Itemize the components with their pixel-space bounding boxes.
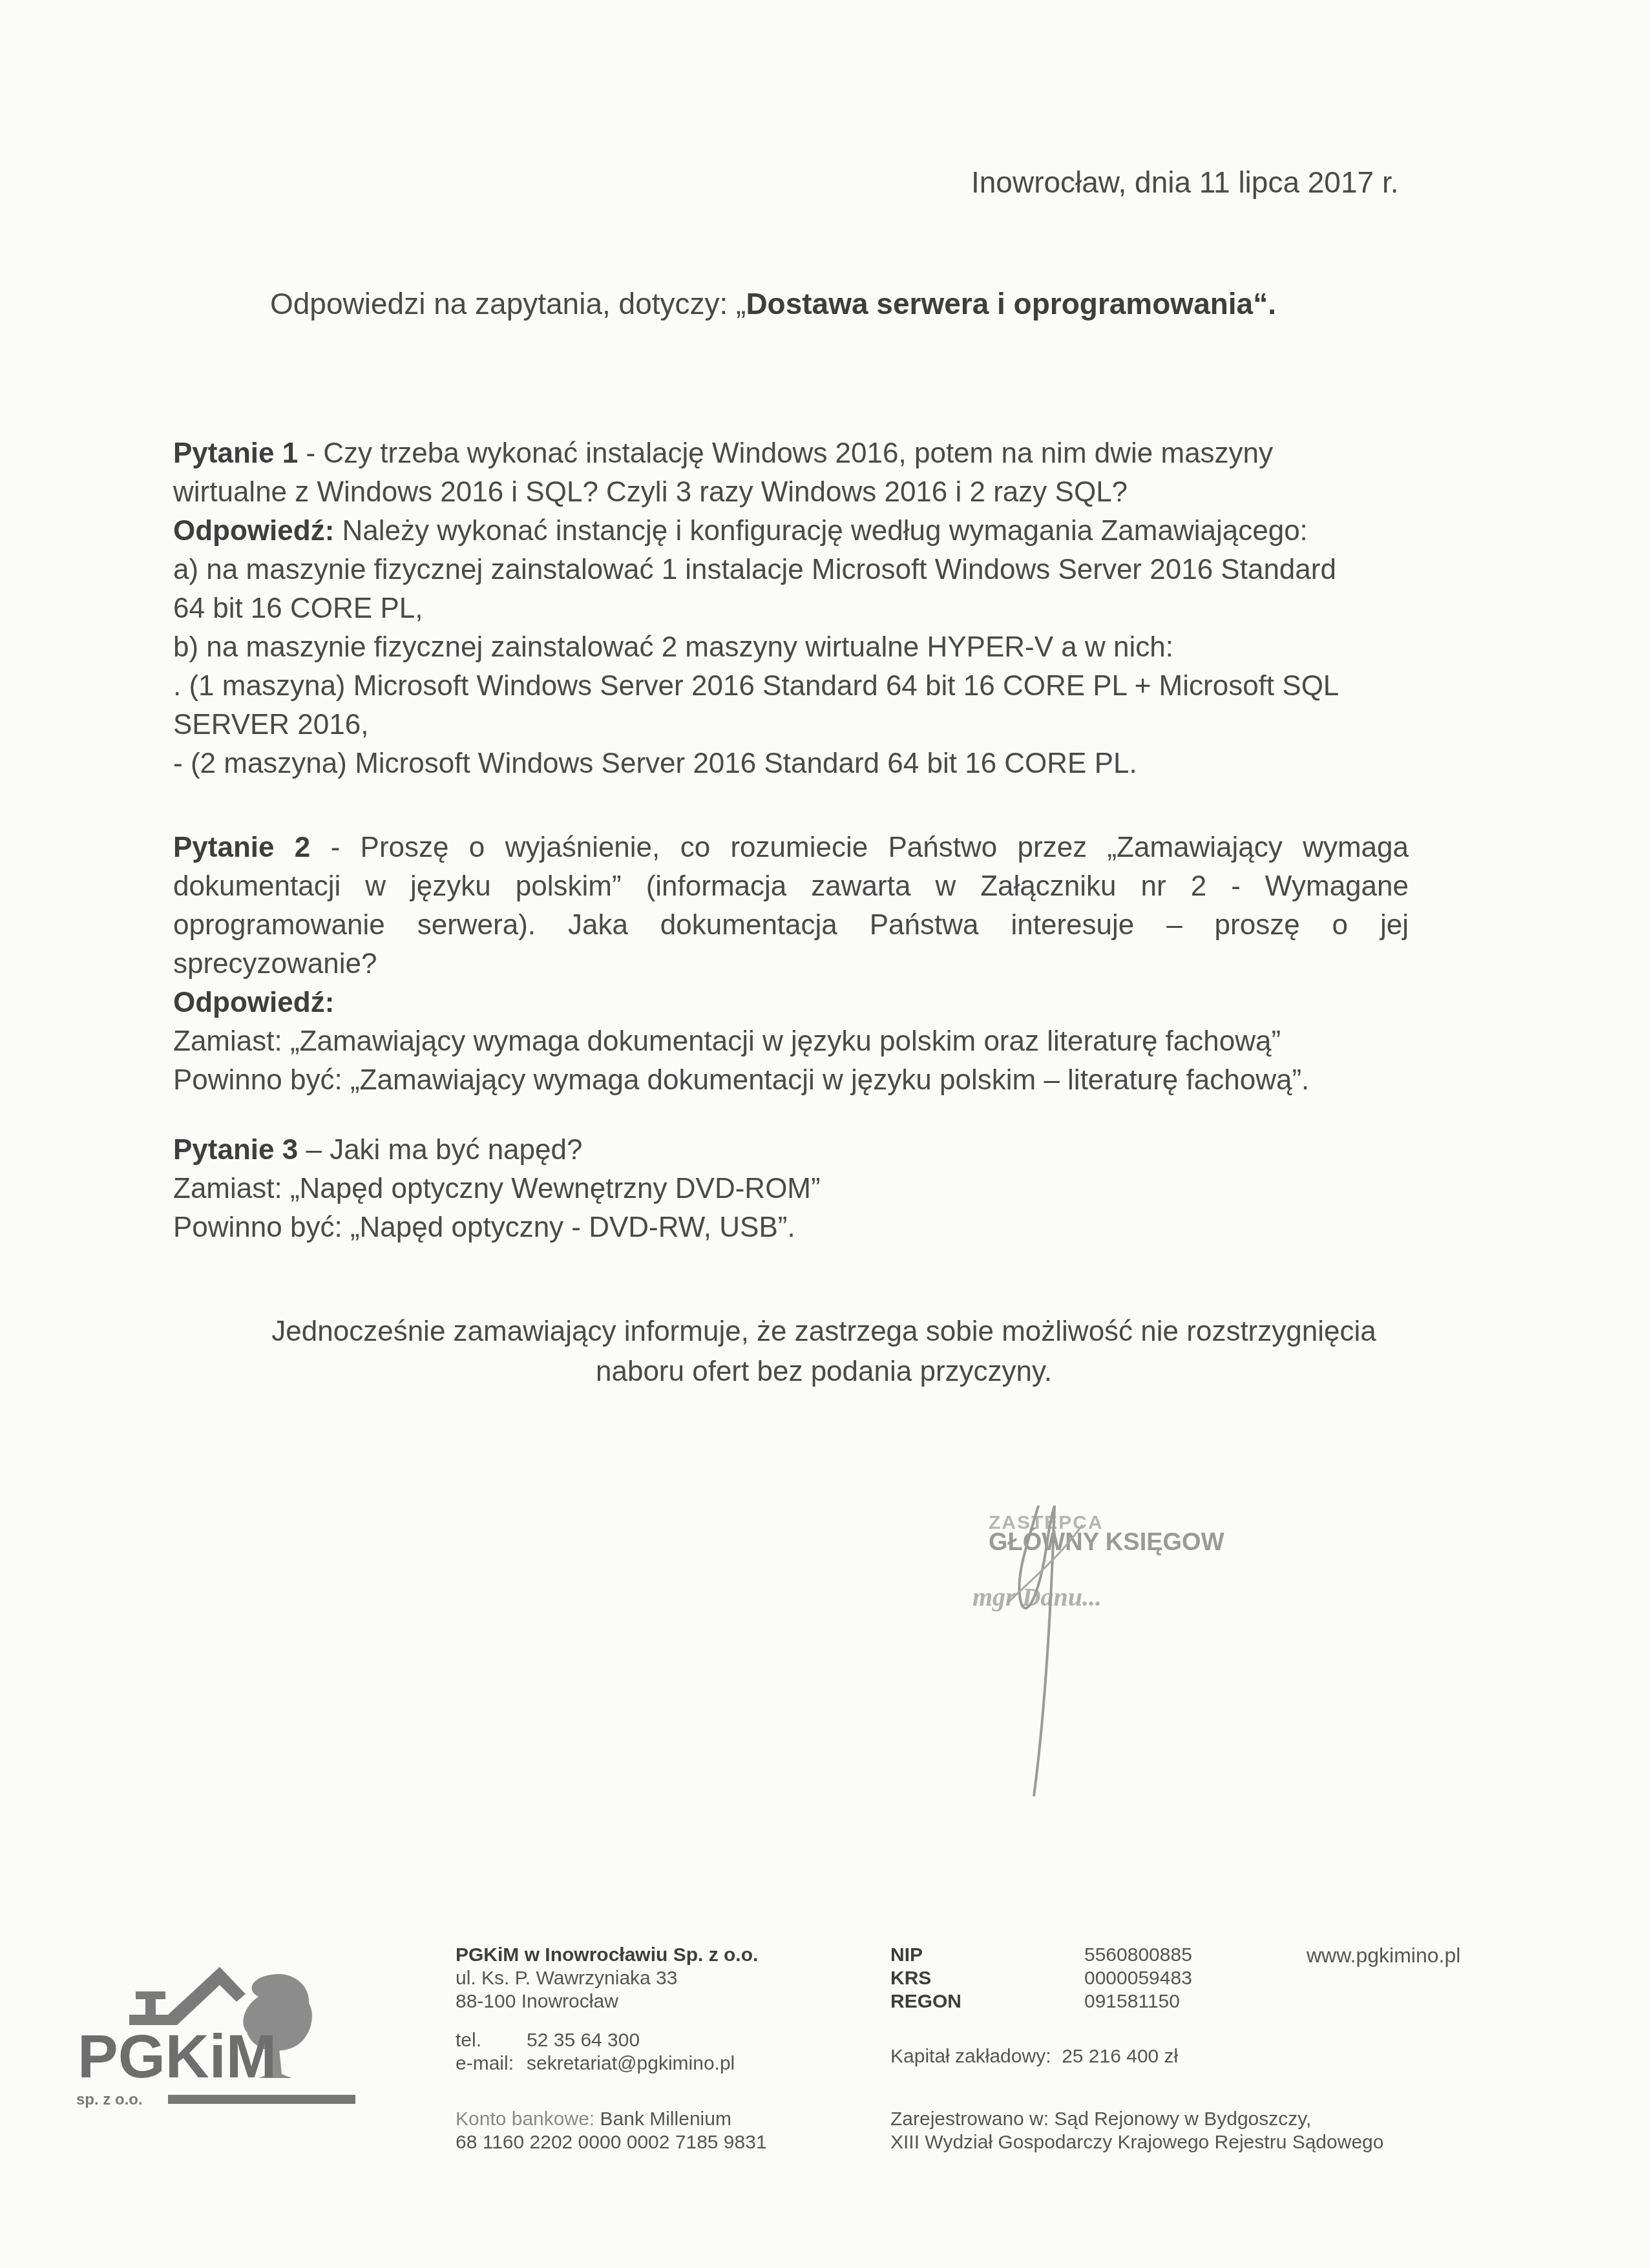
street: ul. Ks. P. Wawrzyniaka 33 (456, 1967, 758, 1990)
capital-label: Kapitał zakładowy: (890, 2046, 1051, 2067)
answer-1-intro-text: Należy wykonać instancję i konfigurację … (334, 515, 1308, 547)
company-registry-ids: NIP5560800885 KRS0000059483 REGON0915811… (890, 1944, 1192, 2013)
email-label: e-mail: (456, 2052, 527, 2075)
question-2-text: - Proszę o wyjaśnienie, co rozumiecie Pa… (310, 832, 1409, 863)
answer-1-line: - (2 maszyna) Microsoft Windows Server 2… (173, 744, 1409, 783)
answer-1-line: a) na maszynie fizycznej zainstalować 1 … (173, 551, 1409, 589)
nip-value: 5560800885 (1084, 1944, 1192, 1966)
bank-info: Konto bankowe: Bank Millenium 68 1160 22… (456, 2108, 767, 2154)
court-registration: Zarejestrowano w: Sąd Rejonowy w Bydgosz… (890, 2108, 1383, 2154)
capital-value: 25 216 400 zł (1062, 2046, 1178, 2067)
closing-statement: Jednocześnie zamawiający informuje, że z… (194, 1312, 1454, 1392)
answer-1-line: 64 bit 16 CORE PL, (173, 589, 1409, 628)
city: 88-100 Inowrocław (456, 1990, 758, 2013)
bank-label: Konto bankowe: (456, 2108, 594, 2130)
logo-bar (168, 2095, 355, 2104)
logo-text: PGKiM (78, 2028, 277, 2086)
krs-value: 0000059483 (1084, 1968, 1192, 1989)
question-2-line-1: Pytanie 2 - Proszę o wyjaśnienie, co roz… (173, 828, 1409, 867)
tel-value: 52 35 64 300 (527, 2030, 640, 2051)
company-logo: PGKiM sp. z o.o. (39, 1951, 342, 2106)
answer-1-line: SERVER 2016, (173, 706, 1409, 744)
question-1-section: Pytanie 1 - Czy trzeba wykonać instalacj… (173, 434, 1409, 783)
nip-label: NIP (890, 1944, 1084, 1967)
question-2-line-2: dokumentacji w języku polskim” (informac… (173, 867, 1409, 906)
share-capital: Kapitał zakładowy: 25 216 400 zł (890, 2045, 1178, 2068)
question-2-line-3: oprogramowanie serwera). Jaka dokumentac… (173, 906, 1409, 945)
answer-1-intro: Odpowiedź: Należy wykonać instancję i ko… (173, 512, 1409, 551)
subject-suffix: “. (1253, 287, 1276, 320)
answer-1-line: . (1 maszyna) Microsoft Windows Server 2… (173, 667, 1409, 706)
question-2-section: Pytanie 2 - Proszę o wyjaśnienie, co roz… (173, 828, 1409, 1100)
subject-title: Dostawa serwera i oprogramowania (746, 287, 1253, 320)
question-3-text: – Jaki ma być napęd? (298, 1134, 582, 1166)
question-1-line-1: Pytanie 1 - Czy trzeba wykonać instalacj… (173, 434, 1409, 473)
court-line-1: Zarejestrowano w: Sąd Rejonowy w Bydgosz… (890, 2108, 1383, 2131)
closing-line-1: Jednocześnie zamawiający informuje, że z… (194, 1312, 1454, 1352)
answer-2-label-text: Odpowiedź: (173, 987, 334, 1018)
answer-3-should-be: Powinno być: „Napęd optyczny - DVD-RW, U… (173, 1208, 1409, 1247)
company-address: PGKiM w Inowrocławiu Sp. z o.o. ul. Ks. … (456, 1944, 758, 2013)
logo-subtext: sp. z o.o. (76, 2091, 143, 2109)
handwritten-signature-icon (943, 1506, 1241, 1803)
answer-2-label: Odpowiedź: (173, 983, 1409, 1022)
question-2-line-4: sprecyzowanie? (173, 945, 1409, 983)
answer-3-instead: Zamiast: „Napęd optyczny Wewnętrzny DVD-… (173, 1170, 1409, 1208)
email-value[interactable]: sekretariat@pgkimino.pl (527, 2053, 735, 2074)
signature-stamp: ZASTĘPCA GŁÓWNY KSIĘGOW mgr Danu... (943, 1506, 1241, 1803)
answer-1-line: b) na maszynie fizycznej zainstalować 2 … (173, 628, 1409, 667)
question-3-line: Pytanie 3 – Jaki ma być napęd? (173, 1131, 1409, 1170)
subject-prefix: Odpowiedzi na zapytania, dotyczy: „ (270, 287, 746, 320)
regon-value: 091581150 (1084, 1991, 1180, 2012)
question-3-label: Pytanie 3 (173, 1134, 298, 1166)
company-contact: tel.52 35 64 300 e-mail:sekretariat@pgki… (456, 2029, 735, 2075)
bank-account: 68 1160 2202 0000 0002 7185 9831 (456, 2131, 767, 2154)
question-1-text: - Czy trzeba wykonać instalację Windows … (298, 437, 1273, 469)
krs-label: KRS (890, 1967, 1084, 1990)
answer-2-should-be: Powinno być: „Zamawiający wymaga dokumen… (173, 1061, 1409, 1100)
subject-line: Odpowiedzi na zapytania, dotyczy: „Dosta… (270, 284, 1276, 323)
bank-name: Bank Millenium (600, 2108, 731, 2130)
court-line-2: XIII Wydział Gospodarczy Krajowego Rejes… (890, 2131, 1383, 2154)
answer-1-label: Odpowiedź: (173, 515, 334, 547)
regon-label: REGON (890, 1990, 1084, 2013)
question-2-label: Pytanie 2 (173, 832, 310, 863)
closing-line-2: naboru ofert bez podania przyczyny. (194, 1352, 1454, 1392)
question-3-section: Pytanie 3 – Jaki ma być napęd? Zamiast: … (173, 1131, 1409, 1247)
tel-label: tel. (456, 2029, 527, 2052)
date-line: Inowrocław, dnia 11 lipca 2017 r. (971, 163, 1398, 202)
question-1-label: Pytanie 1 (173, 437, 298, 469)
website-link[interactable]: www.pgkimino.pl (1307, 1944, 1460, 1967)
company-name: PGKiM w Inowrocławiu Sp. z o.o. (456, 1944, 758, 1966)
answer-2-instead: Zamiast: „Zamawiający wymaga dokumentacj… (173, 1022, 1409, 1061)
question-1-line-2: wirtualne z Windows 2016 i SQL? Czyli 3 … (173, 473, 1409, 512)
